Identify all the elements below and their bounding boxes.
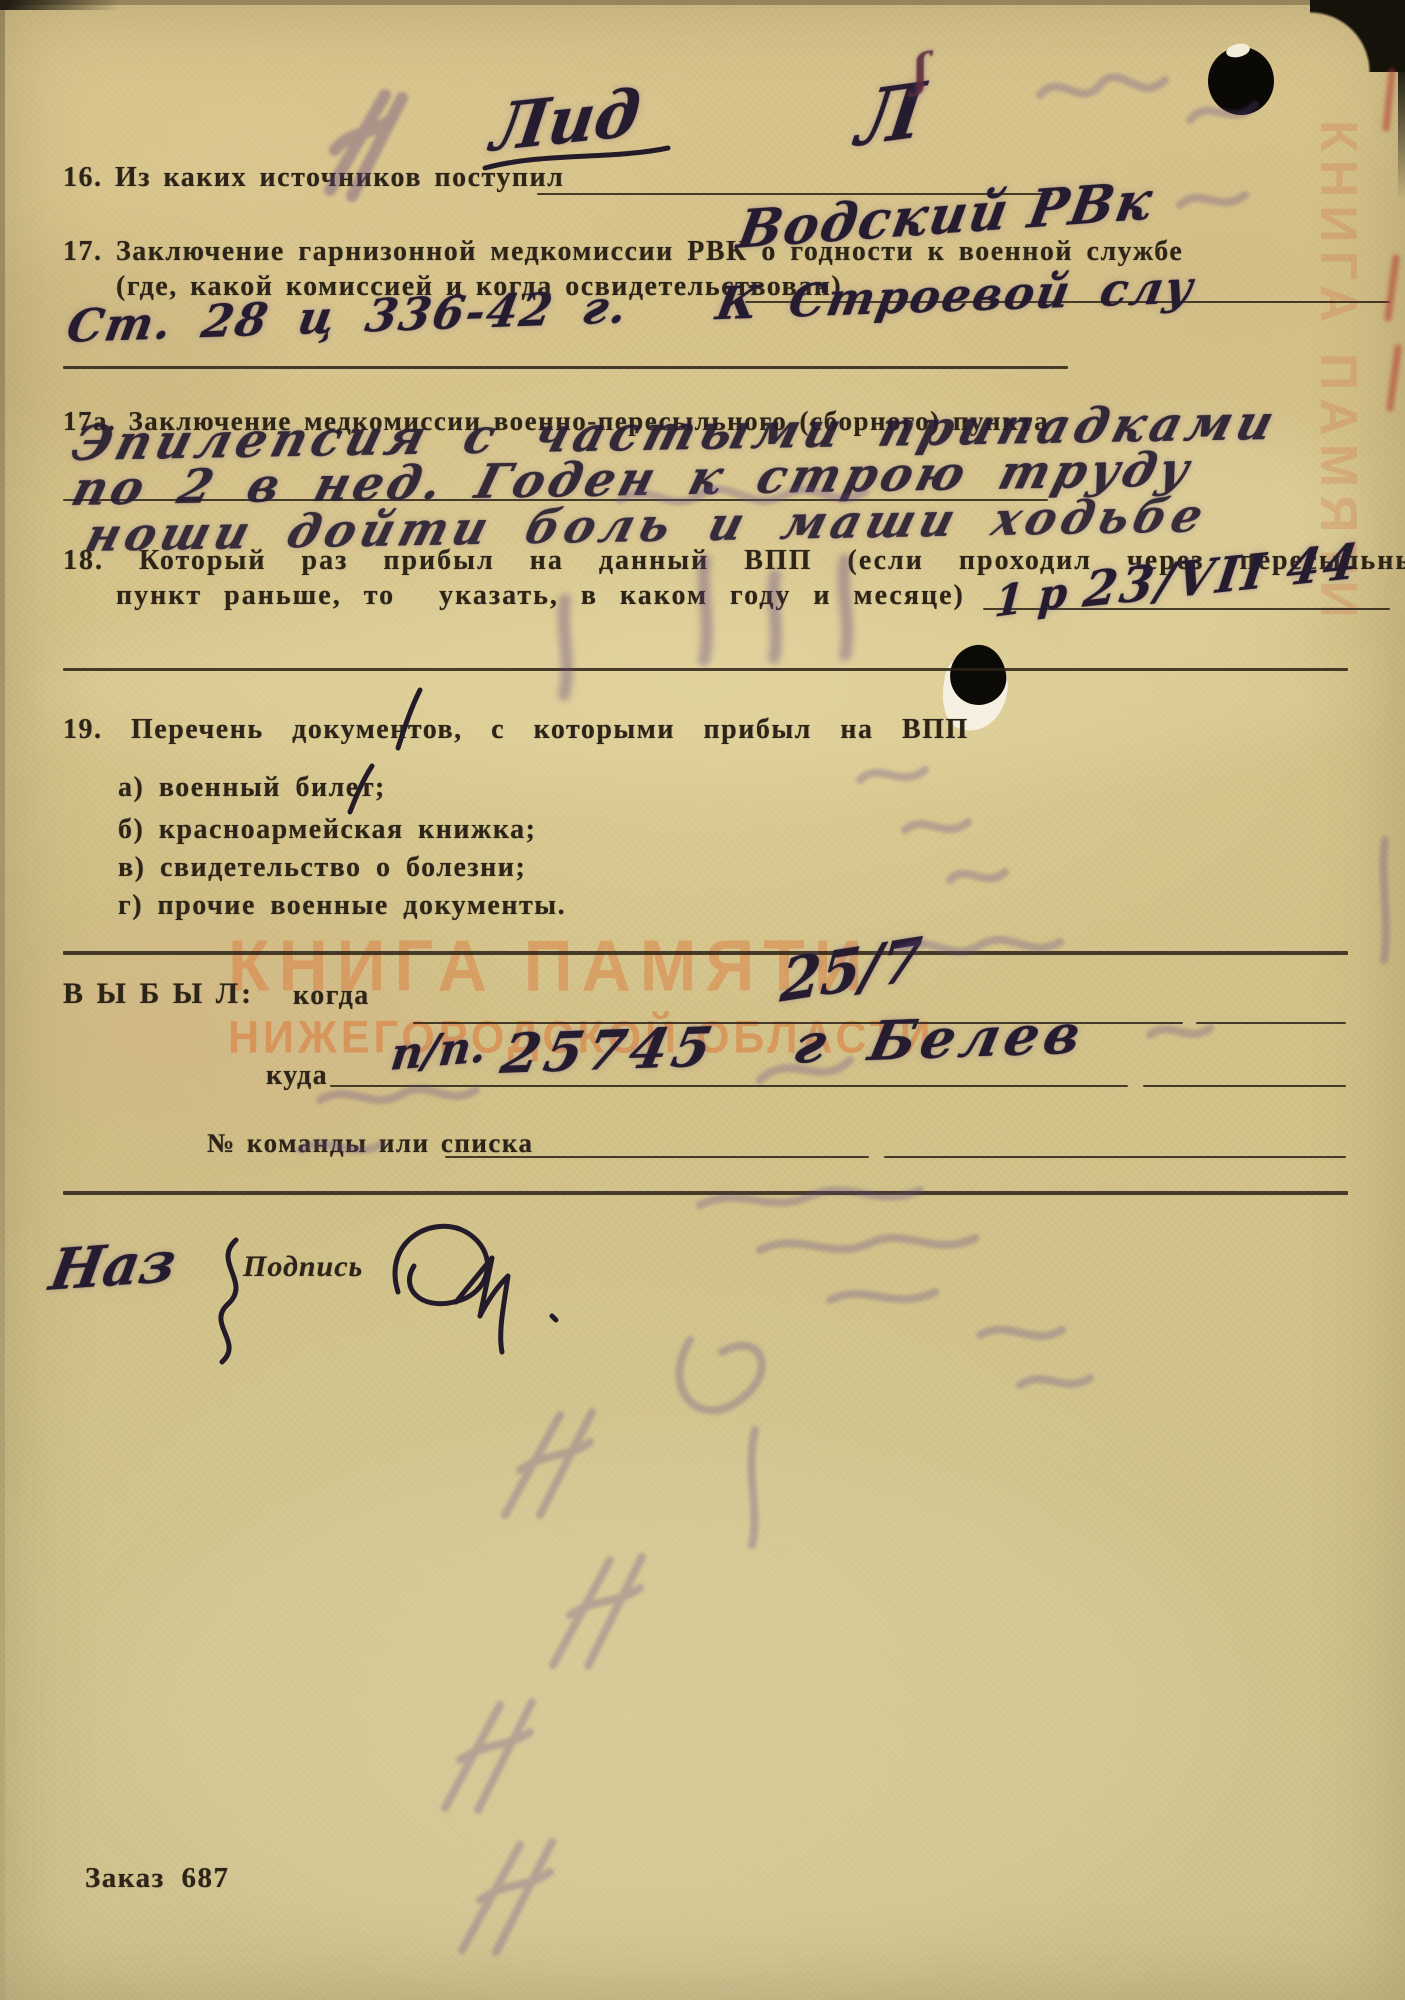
ink-smudge: [1150, 1028, 1210, 1035]
ink-smudge: [1180, 195, 1245, 205]
red-edge-mark: [1388, 258, 1396, 318]
ink-smudge: [300, 1089, 476, 1150]
ink-smudge: [860, 770, 1005, 880]
ink-smudge: [1384, 840, 1386, 960]
ink-smudge: [330, 95, 402, 196]
ink-smudge: [704, 560, 707, 660]
ink-smudge: [700, 1190, 975, 1300]
ink-smudge: [505, 1412, 592, 1515]
ink-smudge: [900, 940, 1060, 952]
ink-smudge-layer: [0, 0, 1405, 2000]
red-edge-mark: [1390, 348, 1398, 408]
ink-smudge: [445, 1702, 532, 1810]
scanned-form-page: КНИГА ПАМЯТИ НИЖЕГОРОДСКОЙ ОБЛАСТИ КНИГА…: [0, 0, 1405, 2000]
ink-smudge: [680, 1340, 762, 1545]
ink-smudge: [620, 489, 865, 501]
ink-smudge: [564, 600, 567, 695]
ink-smudge: [760, 1060, 850, 1080]
ink-smudge: [774, 575, 776, 658]
red-edge-mark: [1386, 72, 1392, 128]
ink-smudge: [980, 1330, 1090, 1385]
ink-smudge: [462, 1842, 552, 1952]
ink-smudge: [553, 1557, 642, 1666]
ink-smudge: [844, 560, 848, 655]
ink-smudge: [1040, 77, 1255, 120]
